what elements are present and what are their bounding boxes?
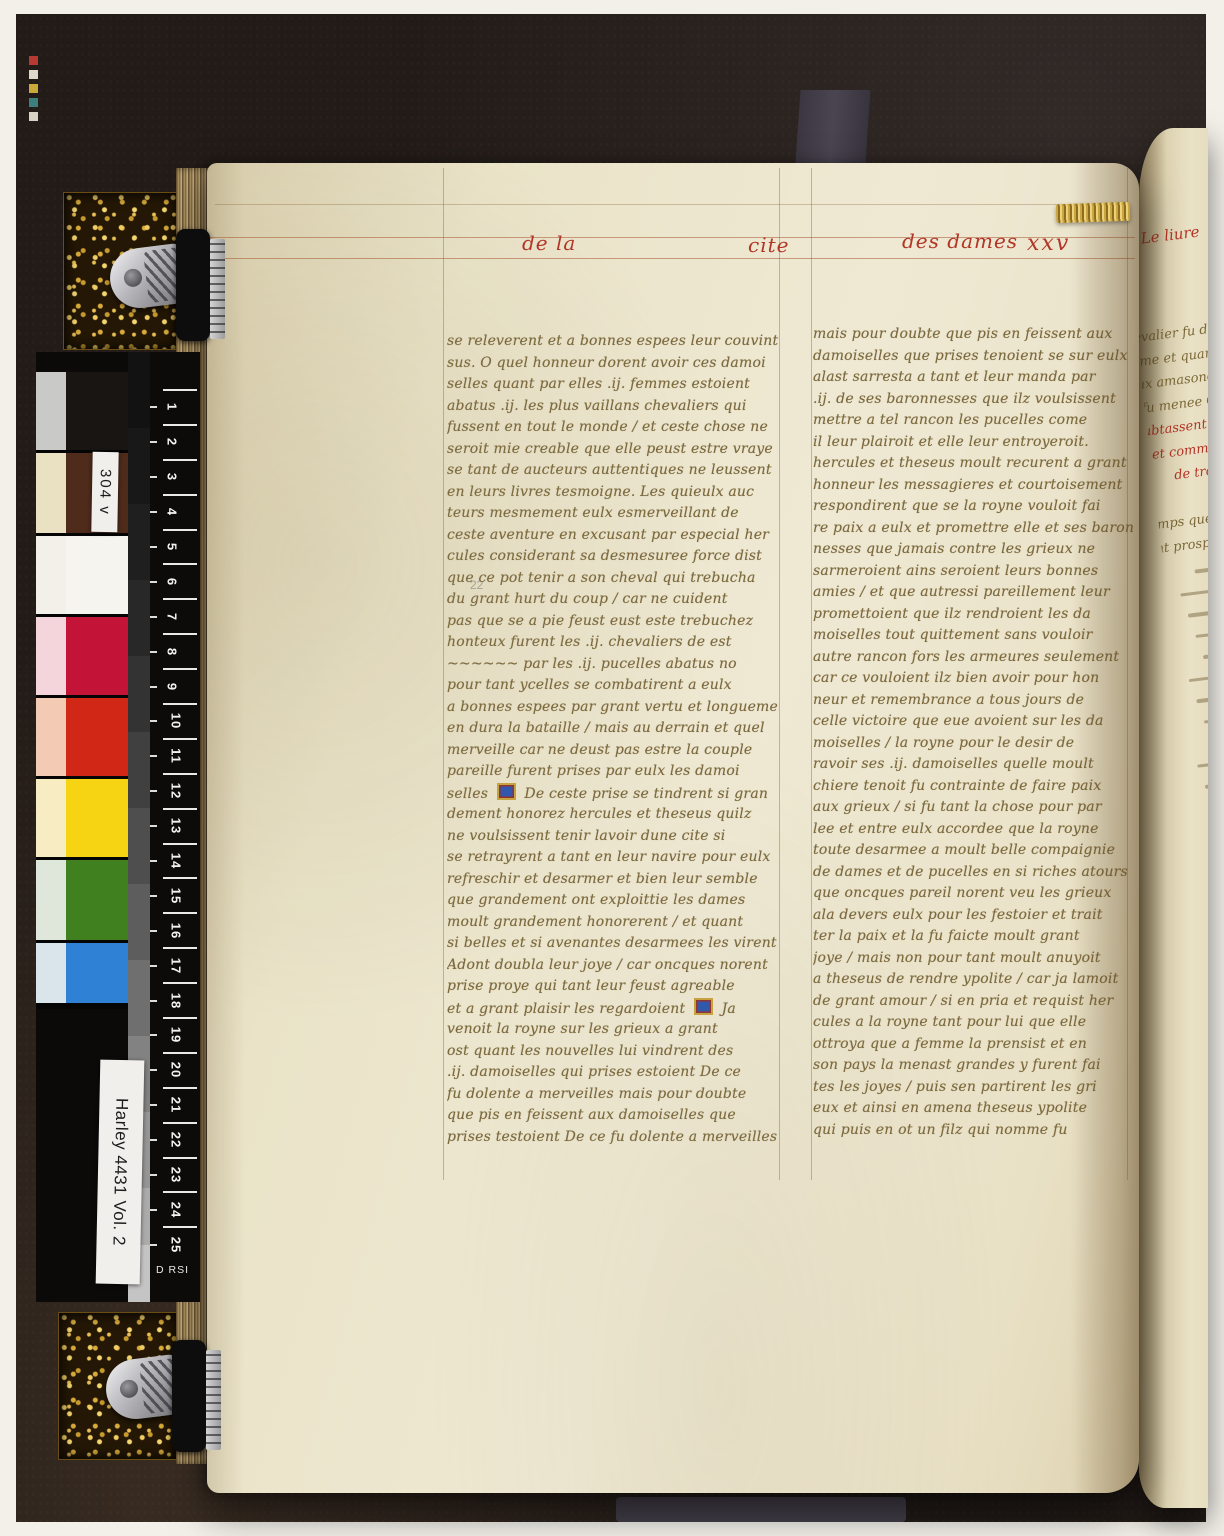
folio-label: 304 v bbox=[91, 452, 118, 532]
ruler-cell: 18 bbox=[150, 983, 200, 1018]
solid-swatch bbox=[66, 698, 128, 776]
color-patch-row bbox=[36, 372, 128, 453]
ruler-number: 18 bbox=[169, 992, 184, 1008]
manuscript-line: se tant de aucteurs auttentiques ne leus… bbox=[447, 460, 779, 482]
paraph-mark bbox=[694, 998, 713, 1015]
ruling-line-horizontal bbox=[215, 204, 1130, 205]
ruler-cell: 7 bbox=[150, 599, 200, 634]
tint-swatch bbox=[36, 536, 66, 614]
centimeter-ruler: 1234567891011121314151617181920212223242… bbox=[150, 352, 200, 1302]
running-header-de-la: de la bbox=[522, 231, 576, 255]
manuscript-line: et a grant plaisir les regardoient Ja bbox=[447, 998, 779, 1020]
manuscript-line: en dura la bataille / mais au derrain et… bbox=[447, 718, 779, 740]
color-patch-row bbox=[36, 860, 128, 943]
manuscript-line: .ij. damoiselles qui prises estoient De … bbox=[447, 1062, 779, 1084]
ruler-number: 19 bbox=[169, 1027, 184, 1043]
manuscript-line: que ce pot tenir a son cheval qui trebuc… bbox=[447, 568, 779, 590]
ruler-number: 20 bbox=[169, 1062, 184, 1078]
manuscript-line: teurs mesmement eulx esmerveillant de bbox=[447, 503, 779, 525]
ruler-cell: 9 bbox=[150, 669, 200, 704]
manuscript-line: en leurs livres tesmoigne. Les quieulx a… bbox=[447, 482, 779, 504]
ruler-cell: 1 bbox=[150, 390, 200, 425]
right-page-gutter-shadow bbox=[1139, 128, 1208, 1508]
color-patch-row bbox=[36, 1006, 128, 1009]
manuscript-line: pareille furent prises par eulx les damo… bbox=[447, 761, 779, 783]
ruling-line-vertical bbox=[443, 168, 444, 1180]
manuscript-line: prise proye qui tant leur feust agreable bbox=[447, 976, 779, 998]
tint-swatch bbox=[36, 698, 66, 776]
fabric-strap-bottom bbox=[616, 1497, 906, 1522]
ruler-cell: 2 bbox=[150, 425, 200, 460]
ruler-number: 7 bbox=[165, 613, 180, 621]
ruler-cell: 17 bbox=[150, 948, 200, 983]
manuscript-line: venoit la royne sur les grieux a grant bbox=[447, 1019, 779, 1041]
ruler-number: 24 bbox=[169, 1202, 184, 1218]
manuscript-line: cules considerant sa desmesuree force di… bbox=[447, 546, 779, 568]
manuscript-line: que pis en feissent aux damoiselles que bbox=[447, 1105, 779, 1127]
shelfmark-label: Harley 4431 Vol. 2 bbox=[96, 1060, 145, 1285]
manuscript-line: seroit mie creable que elle peust estre … bbox=[447, 439, 779, 461]
clip-strap bbox=[176, 229, 210, 341]
tint-swatch bbox=[36, 943, 66, 1003]
ruler-number: 6 bbox=[165, 578, 180, 586]
gutter-shadow bbox=[1069, 163, 1139, 1493]
manuscript-line: selles quant par elles .ij. femmes estoi… bbox=[447, 374, 779, 396]
ruler-cell: 19 bbox=[150, 1018, 200, 1053]
tint-swatch bbox=[36, 617, 66, 695]
ruler-number: 3 bbox=[165, 473, 180, 481]
manuscript-line: si belles et si avenantes desarmees les … bbox=[447, 933, 779, 955]
color-patch-row bbox=[36, 536, 128, 617]
manuscript-line: ne voulsissent tenir lavoir dune cite si bbox=[447, 826, 779, 848]
ruler-cell: 4 bbox=[150, 495, 200, 530]
ruler-cell: 14 bbox=[150, 844, 200, 879]
ruler-cell: 16 bbox=[150, 913, 200, 948]
manuscript-line: pas que se a pie feust eust este trebuch… bbox=[447, 611, 779, 633]
solid-swatch bbox=[66, 372, 128, 450]
ruler-cell: 6 bbox=[150, 564, 200, 599]
clip-strap bbox=[172, 1340, 206, 1452]
color-patch-row bbox=[36, 617, 128, 698]
tint-swatch bbox=[36, 372, 66, 450]
manuscript-photograph: Le liure chevalier fu decomme et quantav… bbox=[0, 0, 1224, 1536]
ruler-cells: 1234567891011121314151617181920212223242… bbox=[150, 390, 200, 1262]
ruler-number: 22 bbox=[169, 1132, 184, 1148]
paraph-mark bbox=[497, 783, 516, 800]
ruler-cell: 20 bbox=[150, 1053, 200, 1088]
ruler-cell: 5 bbox=[150, 530, 200, 565]
right-page-strip: Le liure chevalier fu decomme et quantav… bbox=[1139, 128, 1208, 1508]
solid-swatch bbox=[66, 536, 128, 614]
color-calibration-chart: 1234567891011121314151617181920212223242… bbox=[36, 352, 200, 1302]
ruler-cell: 22 bbox=[150, 1123, 200, 1158]
ruler-number: 11 bbox=[168, 748, 183, 764]
manuscript-line: a bonnes espees par grant vertu et longu… bbox=[447, 697, 779, 719]
ruler-cell: 21 bbox=[150, 1088, 200, 1123]
ruler-number: 15 bbox=[169, 888, 184, 904]
color-patch-row bbox=[36, 943, 128, 1006]
manuscript-line: pour tant ycelles se combatirent a eulx bbox=[447, 675, 779, 697]
ruler-number: 23 bbox=[169, 1167, 184, 1183]
binder-clip-bottom bbox=[106, 1340, 236, 1460]
manuscript-line: se retrayrent a tant en leur navire pour… bbox=[447, 847, 779, 869]
ruler-cell: 10 bbox=[150, 704, 200, 739]
ruler-number: 10 bbox=[169, 713, 184, 729]
manuscript-line: du grant hurt du coup / car ne cuident bbox=[447, 589, 779, 611]
tint-swatch bbox=[36, 453, 66, 533]
binder-clip-top bbox=[110, 229, 240, 349]
clip-metal-band bbox=[206, 1350, 221, 1450]
ruler-cell: 23 bbox=[150, 1158, 200, 1193]
ruler-number: 2 bbox=[165, 438, 180, 446]
solid-swatch bbox=[66, 943, 128, 1003]
ruler-cell: 11 bbox=[150, 739, 200, 774]
text-column-1: se releverent et a bonnes espees leur co… bbox=[447, 331, 779, 1149]
manuscript-line: honteux furent les .ij. chevaliers de es… bbox=[447, 632, 779, 654]
solid-swatch bbox=[66, 779, 128, 857]
manuscript-line: refreschir et desarmer et bien leur semb… bbox=[447, 869, 779, 891]
ruler-number: 16 bbox=[169, 923, 184, 939]
ruler-number: 21 bbox=[169, 1097, 184, 1113]
ruler-number: 4 bbox=[165, 508, 180, 516]
ruler-cell: 3 bbox=[150, 460, 200, 495]
ruler-number: 13 bbox=[169, 818, 184, 834]
left-page: de la cite des dames xxv 22 se releveren… bbox=[207, 163, 1139, 1493]
solid-swatch bbox=[66, 860, 128, 940]
ruler-number: 25 bbox=[169, 1237, 184, 1253]
manuscript-line: que grandement ont exploittie les dames bbox=[447, 890, 779, 912]
manuscript-line: sus. O quel honneur dorent avoir ces dam… bbox=[447, 353, 779, 375]
manuscript-line: ~~~~~~ par les .ij. pucelles abatus no bbox=[447, 654, 779, 676]
ruler-number: 12 bbox=[169, 783, 184, 799]
manuscript-line: ceste aventure en excusant par especial … bbox=[447, 525, 779, 547]
manuscript-line: moult grandement honorerent / et quant bbox=[447, 912, 779, 934]
running-header-chapter-number: xxv bbox=[1027, 231, 1070, 256]
running-header-des-dames: des dames bbox=[902, 229, 1018, 253]
manuscript-line: ost quant les nouvelles lui vindrent des bbox=[447, 1041, 779, 1063]
ruler-cell: 12 bbox=[150, 774, 200, 809]
manuscript-line: selles De ceste prise se tindrent si gra… bbox=[447, 783, 779, 805]
color-patch-row bbox=[36, 698, 128, 779]
ruler-number: 14 bbox=[169, 853, 184, 869]
ruler-number: 8 bbox=[165, 648, 180, 656]
gilt-fore-edge-sliver bbox=[1056, 202, 1131, 224]
ruling-line-vertical bbox=[779, 168, 780, 1180]
tint-swatch bbox=[36, 779, 66, 857]
ruler-number: 5 bbox=[165, 543, 180, 551]
manuscript-line: merveille car ne deust pas estre la coup… bbox=[447, 740, 779, 762]
color-patch-row bbox=[36, 779, 128, 860]
manuscript-line: se releverent et a bonnes espees leur co… bbox=[447, 331, 779, 353]
manuscript-line: Adont doubla leur joye / car oncques nor… bbox=[447, 955, 779, 977]
ruler-cell: 15 bbox=[150, 878, 200, 913]
ruler-number: 17 bbox=[169, 957, 184, 973]
ruling-line-horizontal bbox=[207, 258, 1135, 259]
manuscript-line: abatus .ij. les plus vaillans chevaliers… bbox=[447, 396, 779, 418]
ruler-cell: 13 bbox=[150, 809, 200, 844]
manuscript-line: dement honorez hercules et theseus quilz bbox=[447, 804, 779, 826]
film-edge-marks bbox=[29, 56, 39, 142]
clip-metal-band bbox=[210, 239, 225, 339]
ruler-cell: 8 bbox=[150, 634, 200, 669]
ruler-number: 1 bbox=[165, 403, 180, 411]
solid-swatch bbox=[66, 617, 128, 695]
manuscript-line: prises testoient De ce fu dolente a merv… bbox=[447, 1127, 779, 1149]
tint-swatch bbox=[36, 860, 66, 940]
manuscript-line: fu dolente a merveilles mais pour doubte bbox=[447, 1084, 779, 1106]
ruler-number: 9 bbox=[165, 682, 180, 690]
ruler-cell: 25 bbox=[150, 1227, 200, 1262]
running-header-cite: cite bbox=[748, 233, 789, 257]
ruler-caption: D RSI bbox=[156, 1264, 189, 1276]
ruler-cell: 24 bbox=[150, 1192, 200, 1227]
manuscript-line: fussent en tout le monde / et ceste chos… bbox=[447, 417, 779, 439]
